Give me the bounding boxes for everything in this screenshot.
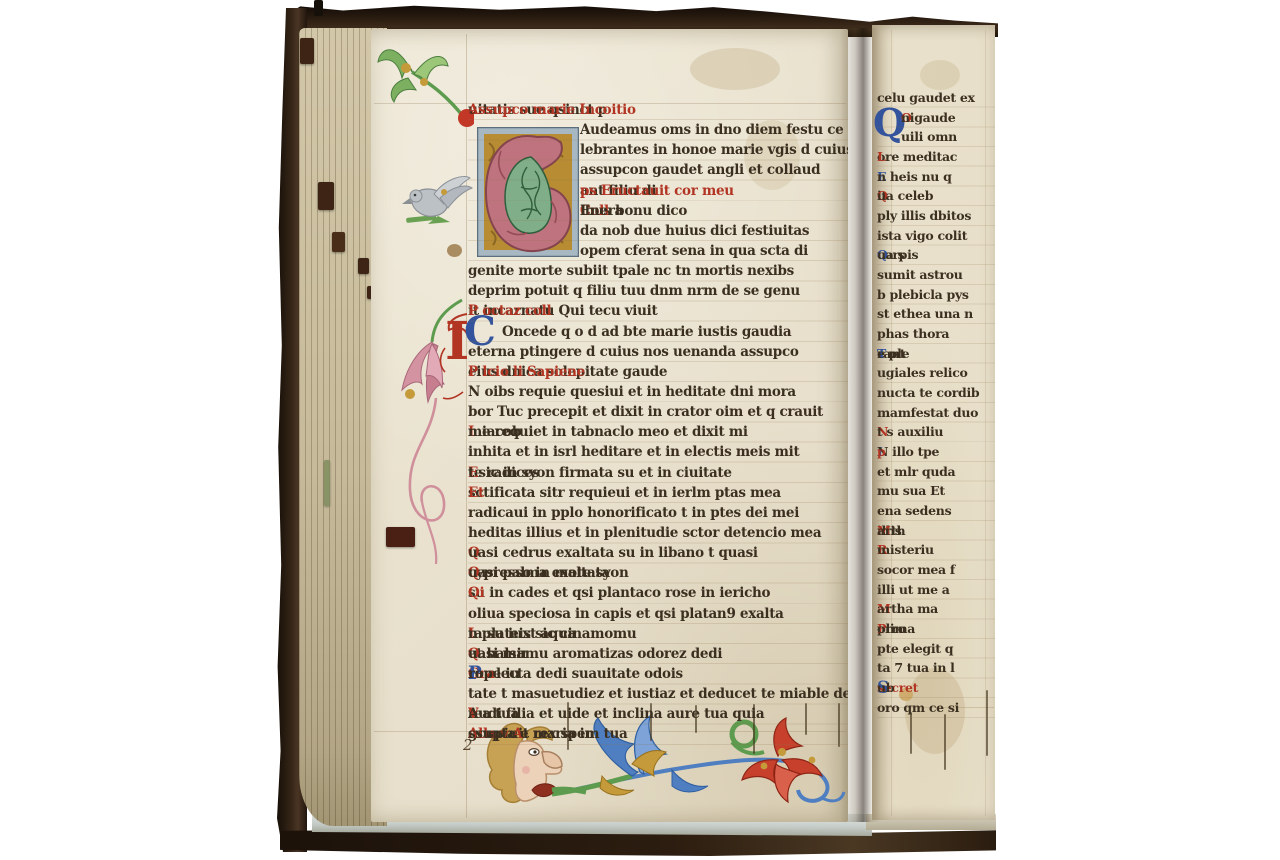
text-line: te radices Et sic in syon firmata su et … [468, 463, 848, 483]
text-line: tea tua V Audi filia et uide et inclina … [468, 704, 848, 724]
text-segment: celu gaudet ex [877, 88, 975, 108]
bookmark-tab [386, 527, 415, 547]
text-segment: uili omn [901, 127, 957, 147]
text-line: ta su iuxt aqua In plateis sic cinamomu [468, 624, 848, 644]
text-line: secret Sub [877, 678, 995, 698]
text-segment: b plebicla pys [877, 285, 969, 305]
text-segment: ssupta e maria in [468, 724, 594, 744]
text-line: it Qua celeb [877, 186, 995, 206]
text-line: IN illo tpe p [877, 442, 995, 462]
text-line: eius dnica solepitate gaude P lcio li Sa… [468, 362, 848, 382]
text-line: eterna ptingere d cuius nos uenanda assu… [468, 342, 848, 362]
text-segment: Et [468, 483, 484, 503]
text-line: lebrantes in honoe marie vgis d cuius [468, 140, 848, 160]
text-segment: ugiales relico [877, 363, 968, 383]
text-line: ply illis dbitos [877, 206, 995, 226]
text-line: Oncede q o d ad bte marie iustis gaudia [468, 322, 848, 342]
text-line: uili omn [877, 127, 995, 147]
left-text-column: uitatis sue qsinct p Assupco marie Incoi… [468, 100, 848, 745]
text-line: ore meditacL [877, 147, 995, 167]
text-segment: Qi [468, 583, 484, 603]
text-segment: radicaui in pplo honorificato t in ptes … [468, 503, 799, 523]
text-line: N oibs requie quesiui et in heditate dni… [468, 382, 848, 402]
text-line: uitatis sue qsinct p Assupco marie Incoi… [468, 100, 848, 120]
bookmark-tab [318, 182, 334, 210]
text-line: nucta te cordib [877, 383, 995, 403]
text-segment: ub [877, 678, 894, 698]
text-segment: assupcon gaudet angli et collaud [580, 160, 820, 180]
text-segment: sctificata sitr requieui et in ierlm pta… [468, 483, 785, 503]
text-line: sumit astrou [877, 265, 995, 285]
text-line: Quasi cedrus exaltata su in libano t qua… [468, 543, 848, 563]
text-line: inhita et in isrl heditare et in electis… [468, 442, 848, 462]
text-segment: Oncede q o d ad bte marie iustis gaudia [502, 322, 791, 342]
text-line: ant filiu di ps Eructauit cor meu [468, 181, 848, 201]
text-segment: n iacob [468, 422, 521, 442]
text-segment: e ple [877, 344, 909, 364]
text-line: bor Tuc precepit et dixit in crator oim … [468, 402, 848, 422]
text-line: tate t masuetudiez et iustiaz et deducet… [468, 684, 848, 704]
text-line: Martha ma [877, 599, 995, 619]
text-segment: orro [877, 619, 906, 639]
text-segment: Assupco marie Incoitio [468, 100, 636, 120]
descender-stroke [910, 712, 912, 754]
text-segment: Audi filia et uide et inclina aure tua q… [468, 704, 764, 724]
text-line: b plebicla pys [877, 285, 995, 305]
text-segment: ps Eructauit cor meu [580, 181, 734, 201]
text-segment: ua celeb [877, 186, 933, 206]
text-line: st ethea una n [877, 304, 995, 324]
text-segment: N illo tpe [877, 442, 943, 462]
text-segment: L [877, 147, 886, 167]
text-segment: P octaz coll [468, 301, 551, 321]
text-segment: genite morte subiit tpale nc tn mortis n… [468, 261, 794, 281]
text-segment: t sic in syon firmata su et in ciuitate [468, 463, 732, 483]
text-segment: mu sua Et [877, 481, 945, 501]
text-segment: uasi cedrus exaltata su in libano t quas… [468, 543, 758, 563]
text-segment: Audeamus oms in dno diem festu ce [580, 120, 843, 140]
text-segment: deprim potuit q filiu tuu dnm nrm de se … [468, 281, 800, 301]
text-segment: inhita et in isrl heditare et in electis… [468, 442, 799, 462]
text-segment: uasi mir [468, 644, 528, 664]
descender-stroke [944, 714, 946, 770]
text-segment: Enera [580, 201, 623, 221]
text-line: phas thora [877, 324, 995, 344]
text-line: Onigaude [877, 108, 995, 128]
text-line: heditas illius et in plenitudie sctor de… [468, 523, 848, 543]
text-line: ena sedens [877, 501, 995, 521]
text-segment: bor Tuc precepit et dixit in crator oim … [468, 402, 823, 422]
ruling-line [466, 34, 467, 818]
text-line: radicaui in pplo honorificato t in ptes … [468, 503, 848, 523]
text-line: oro qm ce si [877, 698, 995, 718]
text-line: En heis nu q [877, 167, 995, 187]
text-line: mamfestat duo [877, 403, 995, 423]
text-line: illis Marth [877, 521, 995, 541]
text-segment: ply illis dbitos [877, 206, 971, 226]
text-line: et balsamu aromatizas odorez dedi Quasi … [468, 644, 848, 664]
text-segment: t s auxiliu [877, 422, 943, 442]
text-line: ugiales relico [877, 363, 995, 383]
text-segment: sumit astrou [877, 265, 963, 285]
text-segment: heditas illius et in plenitudie sctor de… [468, 523, 821, 543]
text-segment: lebrantes in honoe marie vgis d cuius [580, 140, 848, 160]
text-line: pte elegit q [877, 639, 995, 659]
text-segment: illi ut me a [877, 580, 950, 600]
text-line: sctificata sitr requieui et in ierlm pta… [468, 483, 848, 503]
text-segment: pte elegit q [877, 639, 953, 659]
text-segment: ore meditac [877, 147, 957, 167]
text-segment: opem cferat sena in qua scta di [580, 241, 808, 261]
text-line: ista vigo colit [877, 226, 995, 246]
text-line: opem cferat sena in qua scta di [468, 241, 848, 261]
text-segment: eterna ptingere d cuius nos uenanda assu… [468, 342, 799, 362]
text-segment: da nob due huius dici festiuitas [580, 221, 809, 241]
text-segment: ena sedens [877, 501, 951, 521]
text-segment: mamfestat duo [877, 403, 978, 423]
text-segment: st ethea una n [877, 304, 973, 324]
text-line: rant Te ple [877, 344, 995, 364]
text-segment: ta 7 tua in l [877, 658, 955, 678]
text-segment: oliua speciosa in capis et qsi platan9 e… [468, 604, 784, 624]
text-segment: uasi palma exaltata [468, 563, 610, 583]
text-line: corpis Qua s [877, 245, 995, 265]
text-line: ra electa dedi suauitate odois Gra Prope… [468, 664, 848, 684]
clasp-stud [314, 0, 323, 16]
text-segment: oro qm ce si [877, 698, 959, 718]
penwork-initial-I: I [445, 316, 469, 368]
text-line: gcupiuit rex spem tua Alla v Assupta e m… [468, 724, 848, 744]
text-segment: su in cades et qsi plantaco rose in ieri… [468, 583, 775, 603]
text-segment: ista vigo colit [877, 226, 967, 246]
text-segment: n heis nu q [877, 167, 952, 187]
text-segment: tate t masuetudiez et iustiaz et deducet… [468, 684, 848, 704]
text-line: assupcon gaudet angli et collaud [468, 160, 848, 180]
text-segment: P lcio li Sapiene [468, 362, 585, 382]
text-segment: et mlr quda [877, 462, 955, 482]
text-line: misteriu Ru [877, 540, 995, 560]
text-line: Audeamus oms in dno diem festu ce [468, 120, 848, 140]
text-line: me requiet in tabnaclo meo et dixit mi I… [468, 422, 848, 442]
text-line: illi ut me a [877, 580, 995, 600]
text-line: it incarnatu Qui tecu viuit P octaz coll [468, 301, 848, 321]
text-line: celu gaudet ex [877, 88, 995, 108]
text-segment: nucta te cordib [877, 383, 979, 403]
text-line: oliua speciosa in capis et qsi platan9 e… [468, 604, 848, 624]
text-segment: phas thora [877, 324, 949, 344]
text-segment: n plateis sic cinamomu [468, 624, 636, 644]
text-line: deprim potuit q filiu tuu dnm nrm de se … [468, 281, 848, 301]
bookmark-tab [300, 38, 314, 64]
bookmark-tab [324, 460, 330, 506]
text-segment: arth [877, 521, 905, 541]
text-segment: rope iu [468, 664, 520, 684]
bookmark-tab [332, 232, 345, 252]
text-segment: nigaude [901, 108, 955, 128]
manuscript-photo: C I Q 2 uitatis sue qsinct p Assupco mar… [0, 0, 1280, 860]
text-segment: p [877, 442, 885, 462]
text-line: ta 7 tua in l [877, 658, 995, 678]
text-segment: N oibs requie quesiui et in heditate dni… [468, 382, 796, 402]
text-line: su in cades et qsi plantaco rose in ieri… [468, 583, 848, 603]
text-line: Nt s auxiliu [877, 422, 995, 442]
text-line: ibus bonu dico Coll Enera [468, 201, 848, 221]
text-line: socor mea f [877, 560, 995, 580]
text-line: et mlr quda [877, 462, 995, 482]
right-text-column: celu gaudet exOnigaudeuili omnore medita… [877, 88, 995, 718]
text-line: mu sua Et [877, 481, 995, 501]
text-line: genite morte subiit tpale nc tn mortis n… [468, 261, 848, 281]
text-line: cypresso in mote syon Quasi palma exalta… [468, 563, 848, 583]
text-line: da nob due huius dici festiuitas [468, 221, 848, 241]
bookmark-tab [358, 258, 369, 274]
text-segment: artha ma [877, 599, 938, 619]
text-segment: ua s [877, 245, 904, 265]
text-line: plima Porro [877, 619, 995, 639]
text-segment: u [877, 540, 886, 560]
text-segment: socor mea f [877, 560, 955, 580]
